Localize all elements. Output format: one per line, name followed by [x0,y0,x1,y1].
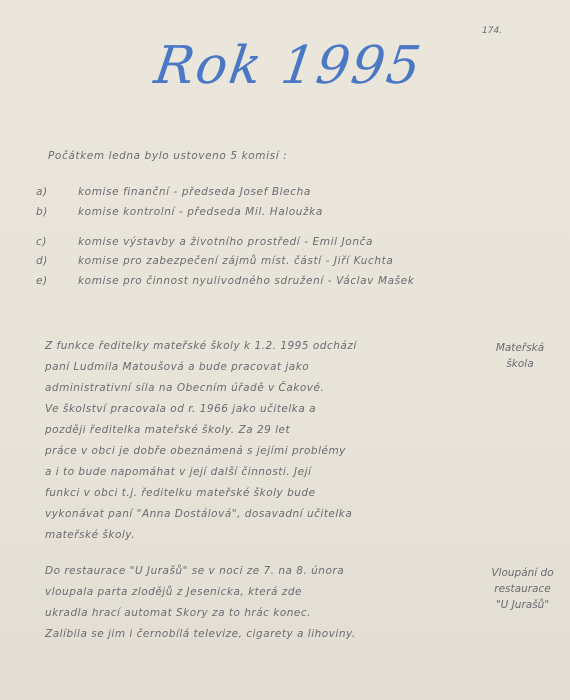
page-number: 174. [482,26,502,36]
page-title: Rok 1995 [151,36,426,96]
intro-text: Počátkem ledna bylo ustoveno 5 komisí : [48,150,287,162]
list-item: d)komise pro zabezpečení zájmů míst. čás… [36,255,393,267]
list-item: a)komise finanční - předseda Josef Blech… [36,186,311,198]
list-item: e)komise pro činnost nyulivodného sdruže… [36,275,414,287]
list-item: b)komise kontrolní - předseda Mil. Halou… [36,206,323,218]
list-item: c)komise výstavby a životního prostředí … [36,236,373,248]
chronicle-page: 174. Rok 1995 Počátkem ledna bylo ustove… [0,0,570,700]
paragraph-kindergarten: Z funkce ředitelky mateřské školy k 1.2.… [45,340,485,550]
side-note-burglary: Vloupání do restaurace "U Jurašů" [475,565,570,613]
side-note-kindergarten: Mateřská škola [480,340,560,372]
paragraph-burglary: Do restaurace "U Jurašů" se v noci ze 7.… [45,565,485,649]
